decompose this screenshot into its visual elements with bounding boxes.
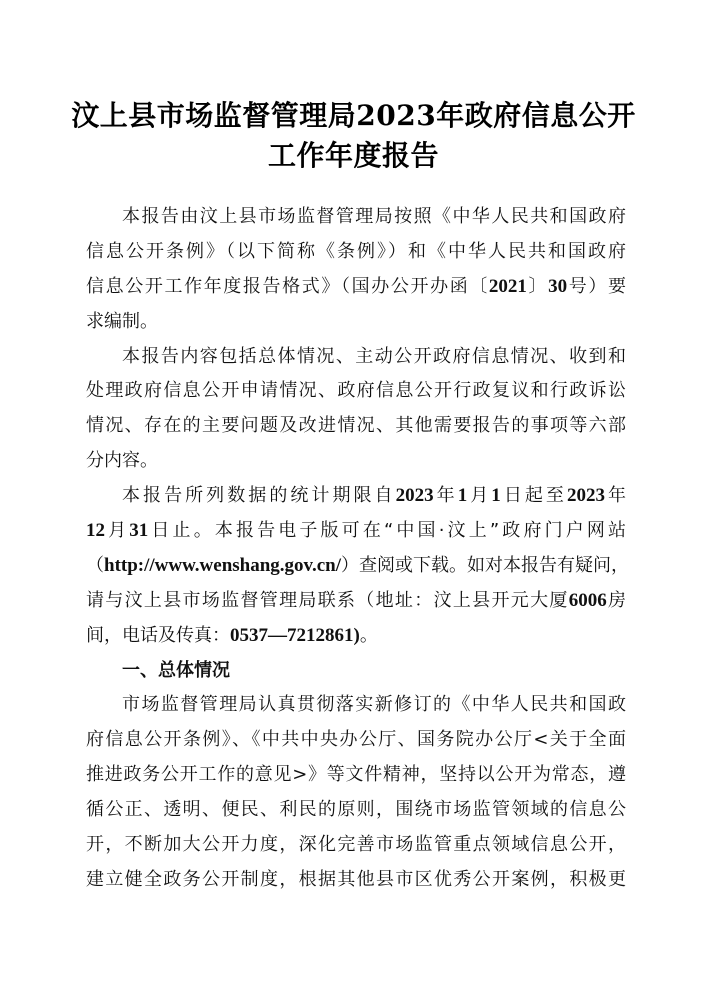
text-segment: （ [86, 555, 104, 576]
text-segment: 号）要 [567, 276, 626, 297]
end-day: 31 [129, 520, 148, 541]
text-line: 本报告由汶上县市场监督管理局按照《中华人民共和国政府 [86, 200, 626, 235]
end-year: 2023 [567, 485, 605, 506]
text-line: 12月31日止。本报告电子版可在“中国·汶上”政府门户网站 [86, 514, 626, 549]
text-segment: 日止。本报告电子版可在“中国·汶上”政府门户网站 [148, 520, 626, 541]
text-segment: 月 [105, 520, 129, 541]
text-segment: 月 [467, 485, 491, 506]
end-month: 12 [86, 520, 105, 541]
text-line: 请与汶上县市场监督管理局联系（地址：汶上县开元大厦6006房 [86, 584, 626, 619]
room-number: 6006 [569, 590, 607, 611]
text-line: 循公正、透明、便民、利民的原则，围绕市场监管领域的信息公 [86, 793, 626, 828]
phone-number: 0537—7212861) [230, 625, 360, 646]
start-day: 1 [491, 485, 501, 506]
text-line: 信息公开工作年度报告格式》（国办公开办函〔2021〕30号）要 [86, 270, 626, 305]
text-line: 推进政务公开工作的意见>》等文件精神，坚持以公开为常态，遵 [86, 758, 626, 793]
text-segment: 。 [360, 625, 378, 646]
title-line-2: 工作年度报告 [0, 136, 707, 176]
section-heading-overview: 一、总体情况 [86, 654, 626, 689]
paragraph-intro: 本报告由汶上县市场监督管理局按照《中华人民共和国政府 信息公开条例》（以下简称《… [86, 200, 626, 340]
text-segment: 信息公开工作年度报告格式》（国办公开办函〔 [86, 276, 489, 297]
text-line: 市场监督管理局认真贯彻落实新修订的《中华人民共和国政 [86, 688, 626, 723]
start-year: 2023 [396, 485, 434, 506]
text-segment: 年 [434, 485, 458, 506]
text-segment: 年 [605, 485, 626, 506]
text-line: 处理政府信息公开申请情况、政府信息公开行政复议和行政诉讼 [86, 374, 626, 409]
title-line-1: 汶上县市场监督管理局2023年政府信息公开 [0, 96, 707, 136]
paragraph-contents: 本报告内容包括总体情况、主动公开政府信息情况、收到和 处理政府信息公开申请情况、… [86, 340, 626, 480]
document-number: 30 [548, 276, 567, 297]
paragraph-period-contact: 本报告所列数据的统计期限自2023年1月1日起至2023年 12月31日止。本报… [86, 479, 626, 653]
text-line: 求编制。 [86, 305, 626, 340]
document-body: 本报告由汶上县市场监督管理局按照《中华人民共和国政府 信息公开条例》（以下简称《… [86, 200, 626, 898]
text-segment: 日起至 [501, 485, 567, 506]
text-segment: 房 [607, 590, 626, 611]
document-page: 汶上县市场监督管理局2023年政府信息公开 工作年度报告 本报告由汶上县市场监督… [0, 0, 707, 999]
text-segment: 本报告所列数据的统计期限自 [122, 485, 396, 506]
text-segment: 请与汶上县市场监督管理局联系（地址：汶上县开元大厦 [86, 590, 569, 611]
text-line: 间，电话及传真：0537—7212861)。 [86, 619, 626, 654]
page-title: 汶上县市场监督管理局2023年政府信息公开 工作年度报告 [0, 96, 707, 176]
text-segment: 〕 [527, 276, 548, 297]
text-line: 信息公开条例》（以下简称《条例》）和《中华人民共和国政府 [86, 235, 626, 270]
text-line: 本报告内容包括总体情况、主动公开政府信息情况、收到和 [86, 340, 626, 375]
paragraph-overview: 市场监督管理局认真贯彻落实新修订的《中华人民共和国政 府信息公开条例》、《中共中… [86, 688, 626, 897]
text-line: 开，不断加大公开力度，深化完善市场监管重点领域信息公开， [86, 828, 626, 863]
text-line: 府信息公开条例》、《中共中央办公厅、国务院办公厅<关于全面 [86, 723, 626, 758]
text-line: 本报告所列数据的统计期限自2023年1月1日起至2023年 [86, 479, 626, 514]
start-month: 1 [458, 485, 468, 506]
text-segment: 间，电话及传真： [86, 625, 230, 646]
website-url-link[interactable]: http://www.wenshang.gov.cn/ [104, 555, 341, 576]
text-line: 分内容。 [86, 444, 626, 479]
text-line: 建立健全政务公开制度，根据其他县市区优秀公开案例，积极更 [86, 863, 626, 898]
text-line: （http://www.wenshang.gov.cn/）查阅或下载。如对本报告… [86, 549, 626, 584]
text-segment: ）查阅或下载。如对本报告有疑问， [341, 555, 629, 576]
text-line: 情况、存在的主要问题及改进情况、其他需要报告的事项等六部 [86, 409, 626, 444]
document-year: 2021 [489, 276, 527, 297]
